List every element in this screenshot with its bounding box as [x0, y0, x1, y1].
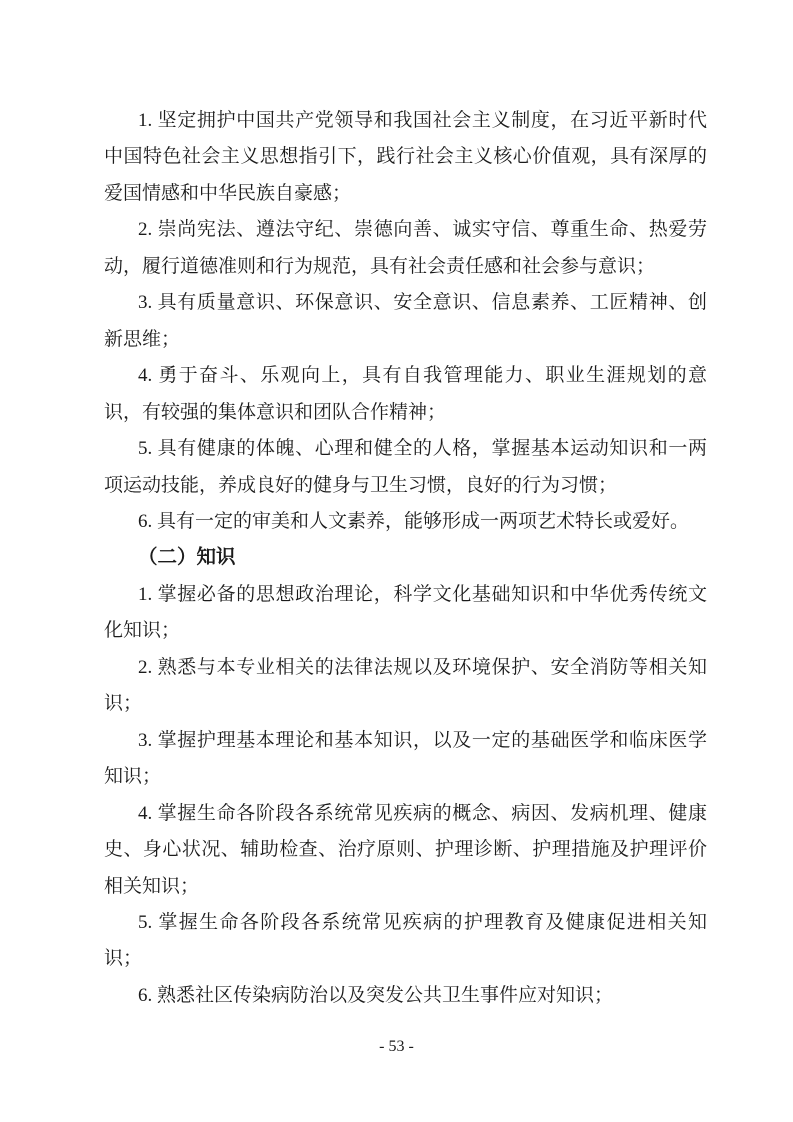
document-page: 1. 坚定拥护中国共产党领导和我国社会主义制度，在习近平新时代中国特色社会主义思… — [0, 0, 793, 1122]
quality-item-5: 5. 具有健康的体魄、心理和健全的人格，掌握基本运动知识和一两项运动技能，养成良… — [104, 431, 707, 504]
knowledge-item-4: 4. 掌握生命各阶段各系统常见疾病的概念、病因、发病机理、健康史、身心状况、辅助… — [104, 796, 707, 905]
quality-item-1: 1. 坚定拥护中国共产党领导和我国社会主义制度，在习近平新时代中国特色社会主义思… — [104, 103, 707, 212]
quality-item-2: 2. 崇尚宪法、遵法守纪、崇德向善、诚实守信、尊重生命、热爱劳动，履行道德准则和… — [104, 212, 707, 285]
knowledge-item-2: 2. 熟悉与本专业相关的法律法规以及环境保护、安全消防等相关知识； — [104, 650, 707, 723]
quality-item-6: 6. 具有一定的审美和人文素养，能够形成一两项艺术特长或爱好。 — [104, 504, 707, 540]
knowledge-item-3: 3. 掌握护理基本理论和基本知识，以及一定的基础医学和临床医学知识； — [104, 723, 707, 796]
page-number: - 53 - — [0, 1038, 793, 1056]
knowledge-item-6: 6. 熟悉社区传染病防治以及突发公共卫生事件应对知识； — [104, 978, 707, 1014]
knowledge-item-1: 1. 掌握必备的思想政治理论，科学文化基础知识和中华优秀传统文化知识； — [104, 577, 707, 650]
quality-item-3: 3. 具有质量意识、环保意识、安全意识、信息素养、工匠精神、创新思维； — [104, 285, 707, 358]
quality-item-4: 4. 勇于奋斗、乐观向上，具有自我管理能力、职业生涯规划的意识，有较强的集体意识… — [104, 358, 707, 431]
section-knowledge-heading: （二）知识 — [104, 540, 707, 576]
knowledge-item-5: 5. 掌握生命各阶段各系统常见疾病的护理教育及健康促进相关知识； — [104, 905, 707, 978]
document-content: 1. 坚定拥护中国共产党领导和我国社会主义制度，在习近平新时代中国特色社会主义思… — [104, 103, 707, 1014]
